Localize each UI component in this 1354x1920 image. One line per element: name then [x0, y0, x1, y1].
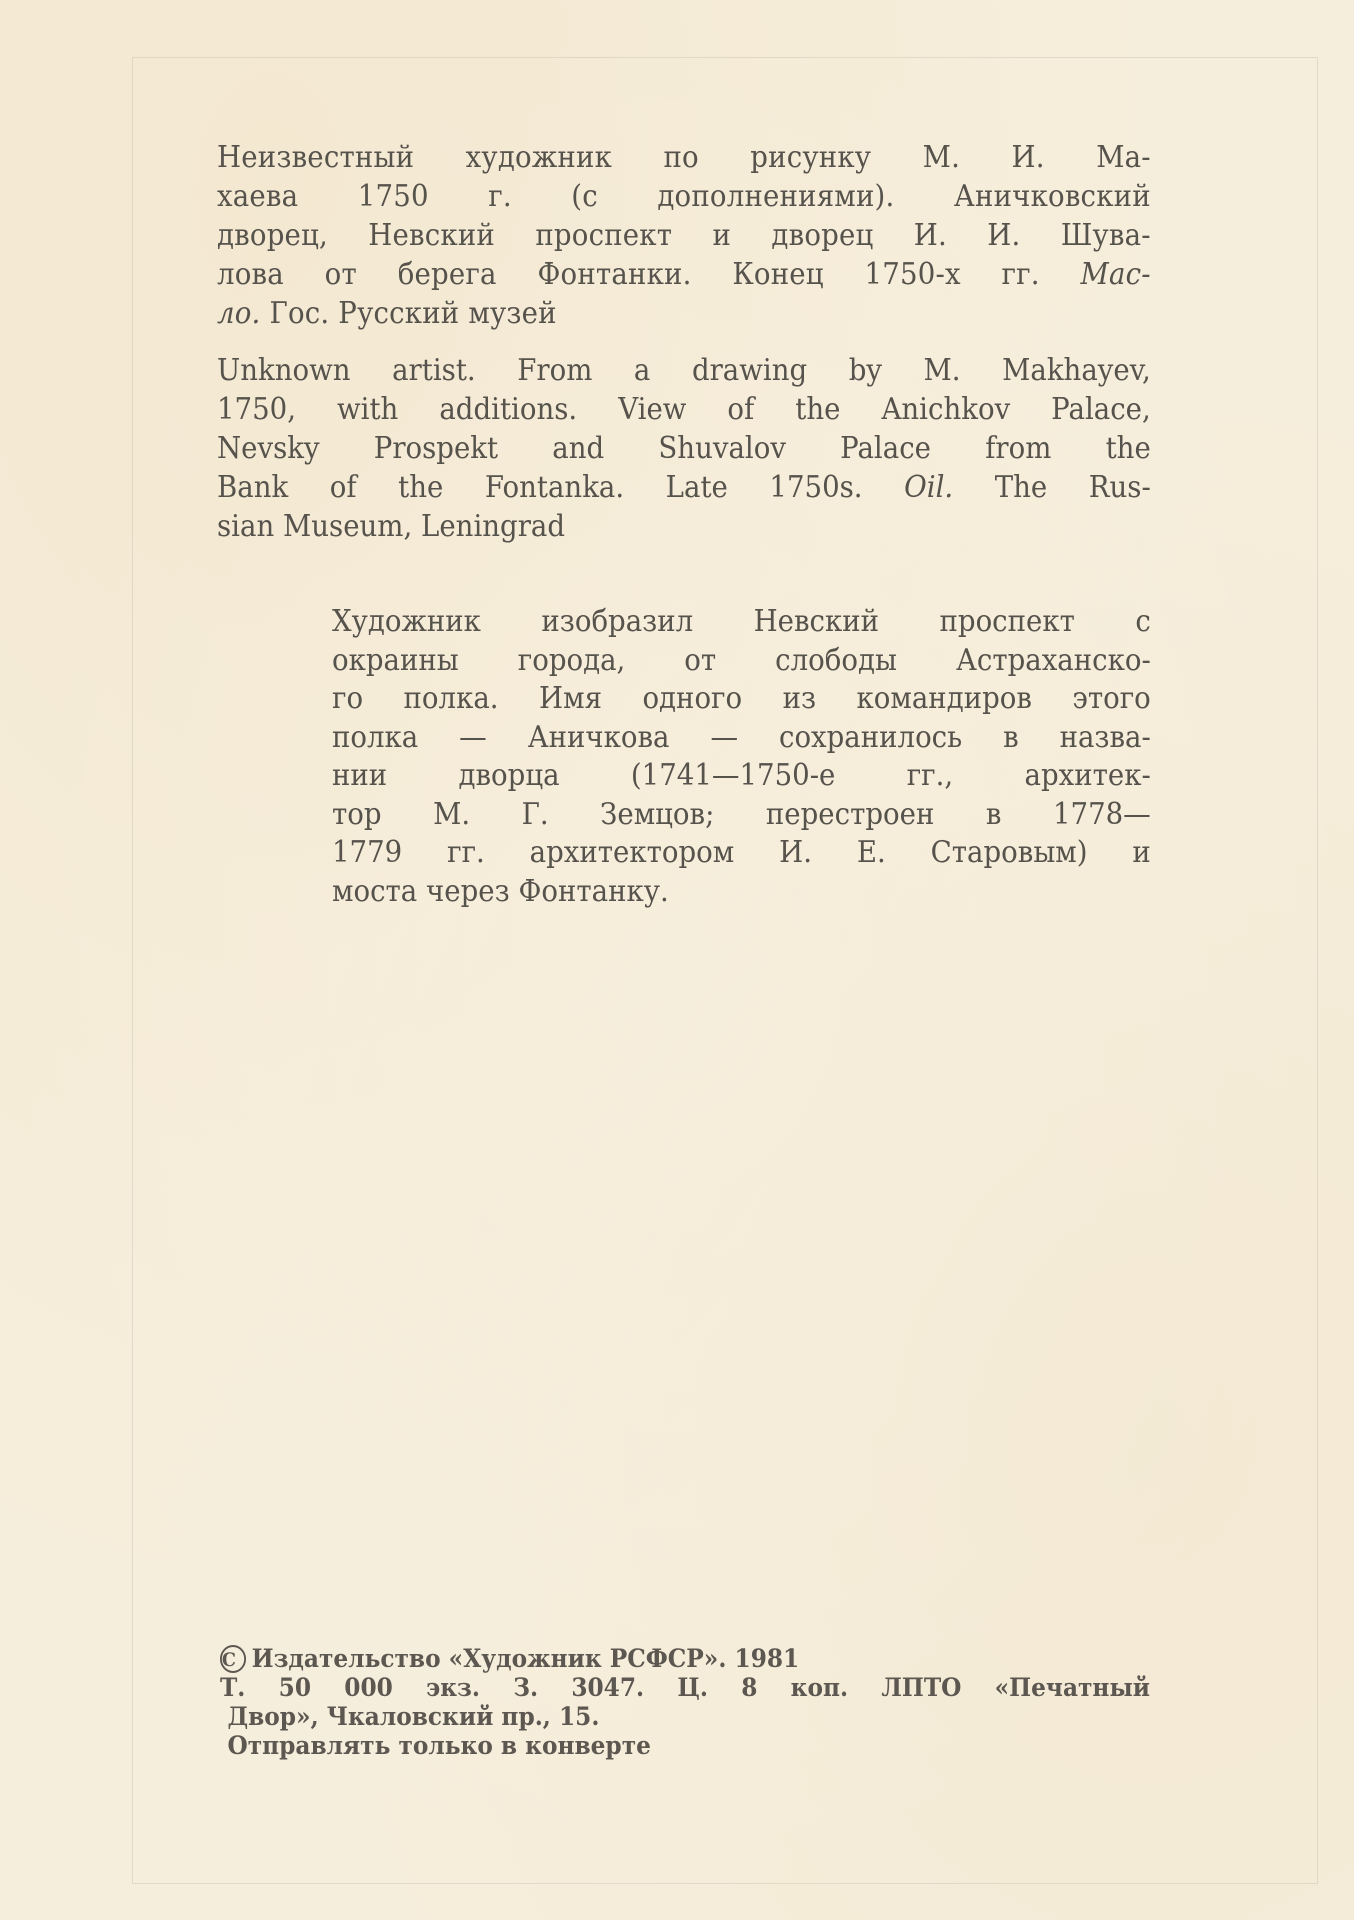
- caption-en-line-3: Nevsky Prospekt and Shuvalov Palace from…: [217, 429, 1151, 468]
- caption-ru-line-1: Неизвестный художник по рисунку М. И. Ма…: [217, 138, 1151, 177]
- colophon-line-2: Т. 50 000 экз. З. 3047. Ц. 8 коп. ЛПТО «…: [220, 1673, 1150, 1702]
- caption-ru-line-3: дворец, Невский проспект и дворец И. И. …: [217, 216, 1151, 255]
- caption-en-line-4-text: Bank of the Fontanka. Late 1750s.: [217, 470, 863, 505]
- caption-ru-line-4: лова от берега Фонтанки. Конец 1750-х гг…: [217, 255, 1151, 294]
- medium-label-ru-part1: Мас-: [1081, 257, 1151, 292]
- caption-en-museum-part1: The Rus-: [995, 470, 1151, 505]
- colophon-line-3: Двор», Чкаловский пр., 15.: [220, 1702, 1150, 1731]
- description-line-1: Художник изобразил Невский проспект с: [332, 603, 1151, 642]
- colophon-line-1: CИздательство «Художник РСФСР». 1981: [220, 1644, 1150, 1673]
- colophon: CИздательство «Художник РСФСР». 1981 Т. …: [220, 1644, 1150, 1760]
- description-paragraph: Художник изобразил Невский проспект с ок…: [332, 603, 1151, 911]
- caption-en-line-2: 1750, with additions. View of the Anichk…: [217, 390, 1151, 429]
- description-line-7: 1779 гг. архитектором И. Е. Старовым) и: [332, 834, 1151, 873]
- copyright-icon: C: [220, 1645, 246, 1673]
- description-line-5: нии дворца (1741—1750-е гг., архитек-: [332, 757, 1151, 796]
- colophon-publisher-text: Издательство «Художник РСФСР». 1981: [252, 1644, 800, 1673]
- caption-en-line-5: sian Museum, Leningrad: [217, 507, 1151, 546]
- description-line-4: полка — Аничкова — сохранилось в назва-: [332, 719, 1151, 758]
- description-line-8: моста через Фонтанку.: [332, 873, 1151, 912]
- description-line-2: окраины города, от слободы Астраханско-: [332, 642, 1151, 681]
- description-line-6: тор М. Г. Земцов; перестроен в 1778—: [332, 796, 1151, 835]
- caption-ru-museum: Гос. Русский музей: [269, 296, 556, 331]
- caption-ru-line-2: хаева 1750 г. (с дополнениями). Аничковс…: [217, 177, 1151, 216]
- caption-english: Unknown artist. From a drawing by M. Mak…: [217, 351, 1151, 546]
- colophon-line-4: Отправлять только в конверте: [220, 1731, 1150, 1760]
- caption-ru-line-4-text: лова от берега Фонтанки. Конец 1750-х гг…: [217, 257, 1040, 292]
- medium-label-ru-part2: ло.: [217, 296, 261, 331]
- medium-label-en: Oil.: [904, 470, 953, 505]
- description-line-3: го полка. Имя одного из командиров этого: [332, 680, 1151, 719]
- caption-en-line-4: Bank of the Fontanka. Late 1750s. Oil. T…: [217, 468, 1151, 507]
- caption-ru-line-5: ло. Гос. Русский музей: [217, 294, 1151, 333]
- caption-russian: Неизвестный художник по рисунку М. И. Ма…: [217, 138, 1151, 333]
- caption-en-line-1: Unknown artist. From a drawing by M. Mak…: [217, 351, 1151, 390]
